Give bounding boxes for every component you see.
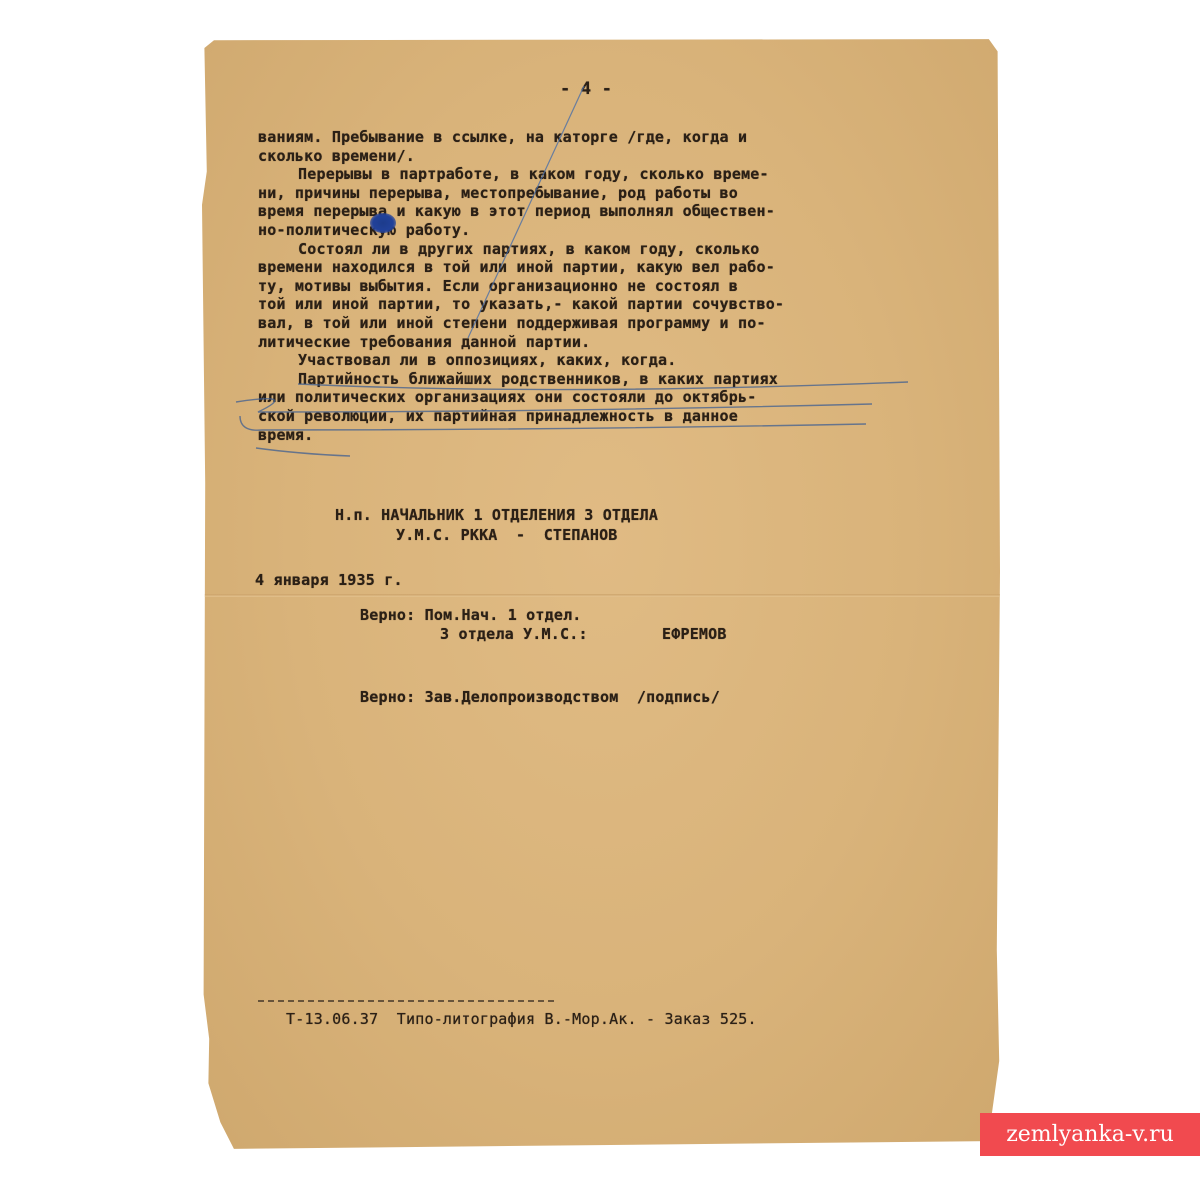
- body-line: Перерывы в партработе, в каком году, ско…: [258, 165, 769, 184]
- body-line: или политических организациях они состоя…: [258, 388, 756, 407]
- signature-title-line-1: Н.п. НАЧАЛЬНИК 1 ОТДЕЛЕНИЯ 3 ОТДЕЛА: [335, 506, 658, 525]
- body-line: литические требования данной партии.: [258, 333, 590, 352]
- body-line: Участвовал ли в оппозициях, каких, когда…: [258, 351, 676, 370]
- certification-1-line-1: Верно: Пом.Нач. 1 отдел.: [360, 606, 582, 625]
- page-number: - 4 -: [560, 80, 612, 99]
- ink-blot: [370, 213, 396, 233]
- body-line: той или иной партии, то указать,- какой …: [258, 295, 784, 314]
- body-line: ни, причины перерыва, местопребывание, р…: [258, 184, 738, 203]
- body-line: но-политическую работу.: [258, 221, 470, 240]
- certification-1-line-2: 3 отдела У.М.С.:: [440, 625, 588, 644]
- signature-title-line-2: У.М.С. РККА - СТЕПАНОВ: [396, 526, 618, 545]
- body-line: ваниям. Пребывание в ссылке, на каторге …: [258, 128, 747, 147]
- certification-1-name: ЕФРЕМОВ: [662, 625, 727, 644]
- body-line: время.: [258, 426, 313, 445]
- body-line: время перерыва и какую в этот период вып…: [258, 202, 775, 221]
- body-line: Состоял ли в других партиях, в каком год…: [258, 240, 760, 259]
- body-line: Партийность ближайших родственников, в к…: [258, 370, 778, 389]
- body-line: сколько времени/.: [258, 147, 415, 166]
- body-line: ской революции, их партийная принадлежно…: [258, 407, 738, 426]
- body-line: вал, в той или иной степени поддерживая …: [258, 314, 766, 333]
- body-line: времени находился в той или иной партии,…: [258, 258, 775, 277]
- site-watermark[interactable]: zemlyanka-v.ru: [980, 1113, 1200, 1156]
- body-line: ту, мотивы выбытия. Если организационно …: [258, 277, 738, 296]
- document-date: 4 января 1935 г.: [255, 571, 403, 590]
- printer-imprint: Т-13.06.37 Типо-литография В.-Мор.Ак. - …: [286, 1010, 757, 1029]
- certification-2: Верно: Зав.Делопроизводством /подпись/: [360, 688, 720, 707]
- footer-rule: [258, 1000, 554, 1002]
